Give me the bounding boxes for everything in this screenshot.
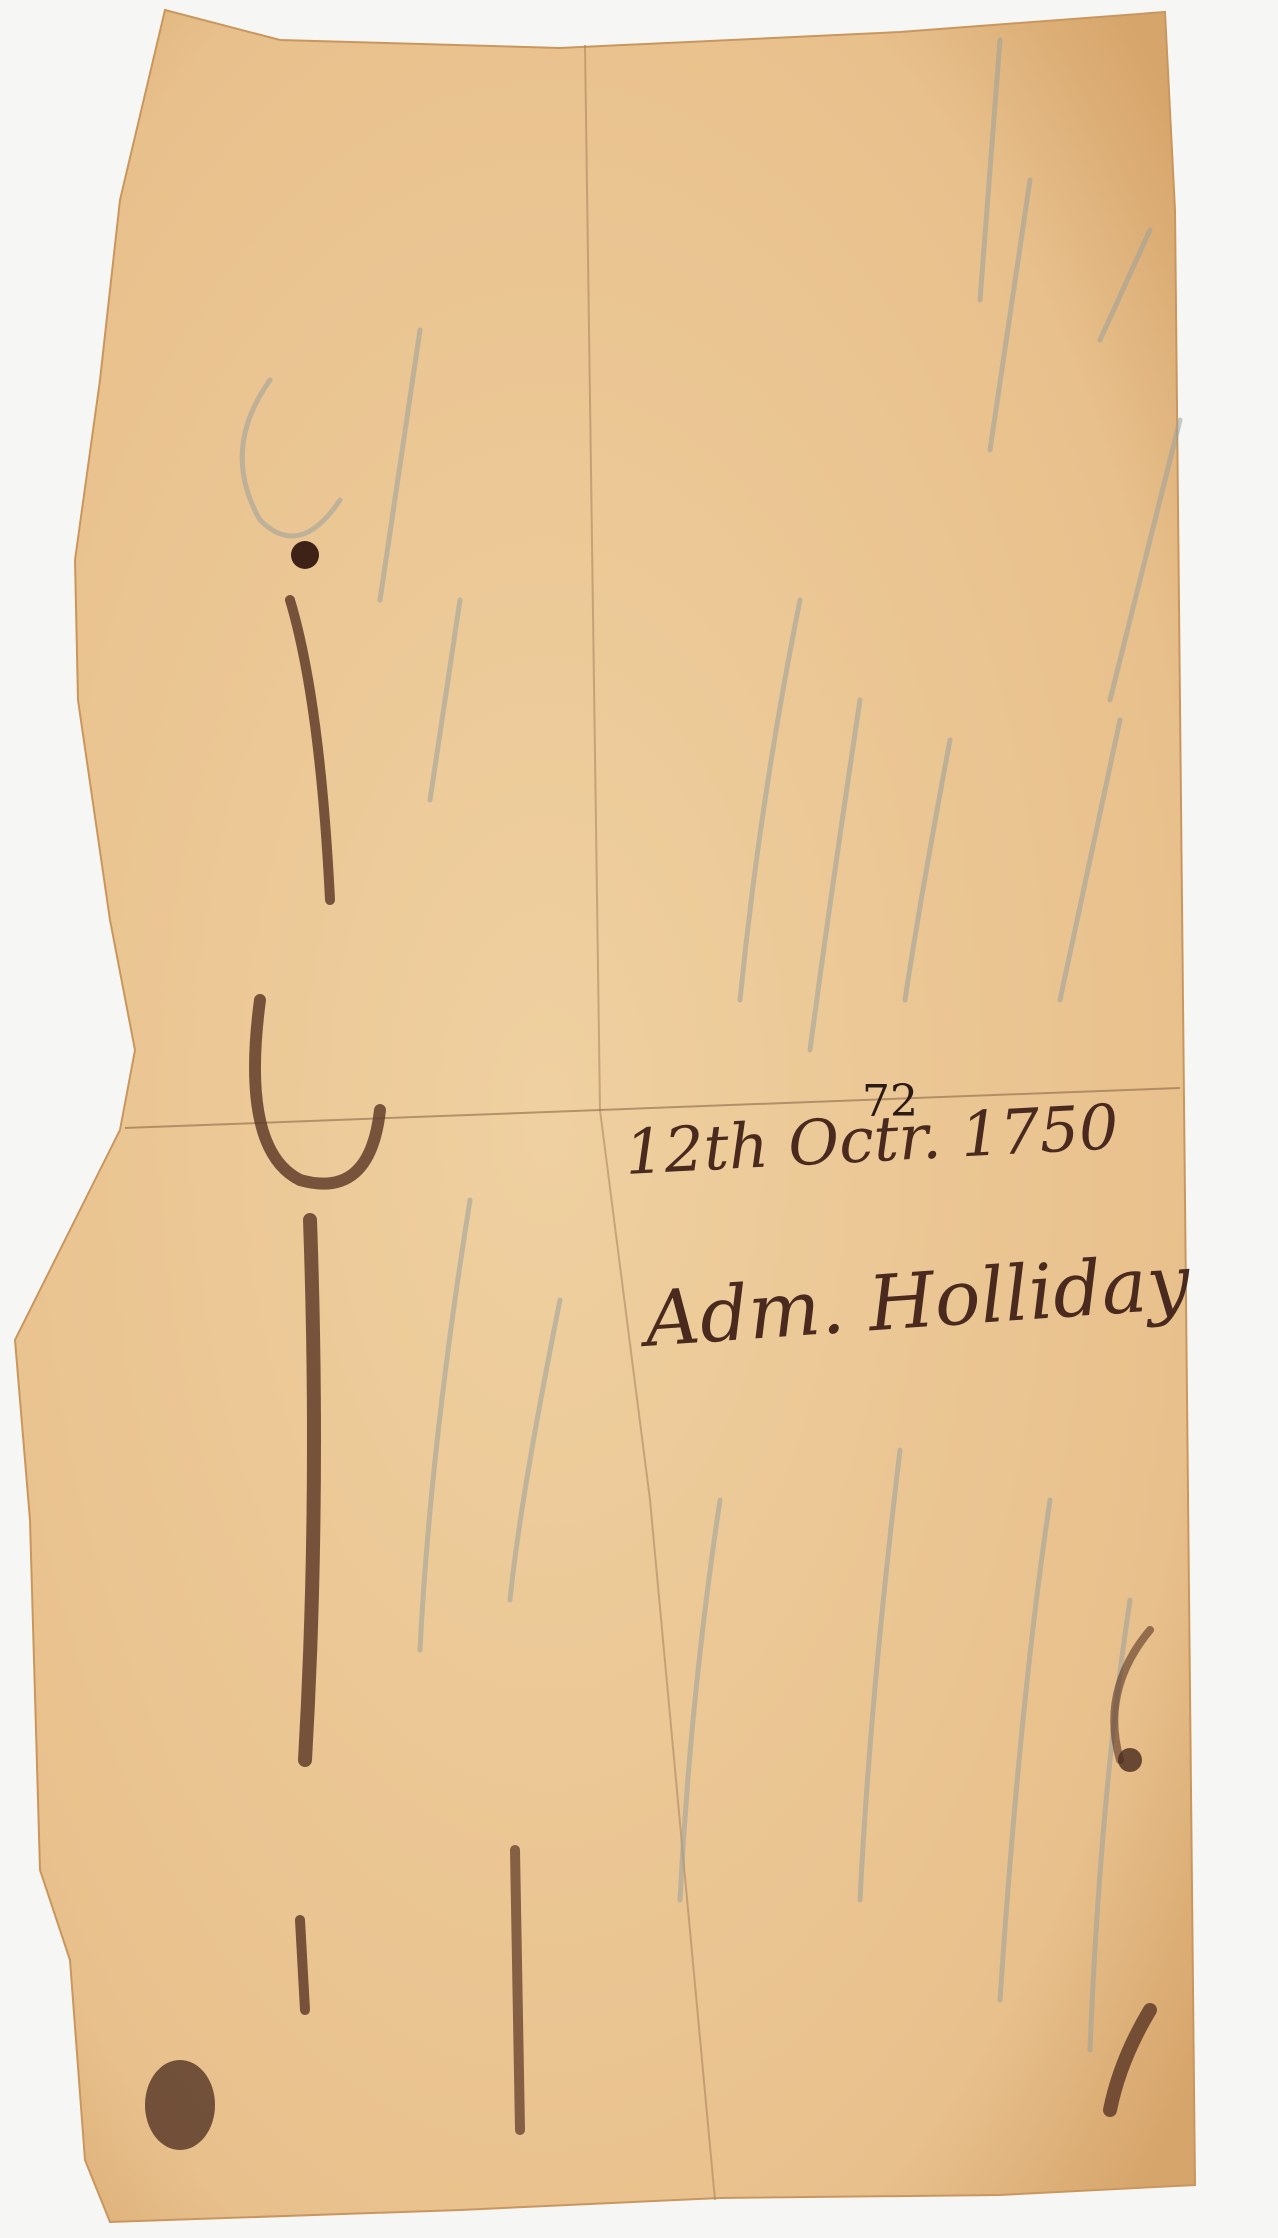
ink-blot [1118,1748,1142,1772]
ink-stain [145,2060,215,2150]
ink-blot [291,541,319,569]
